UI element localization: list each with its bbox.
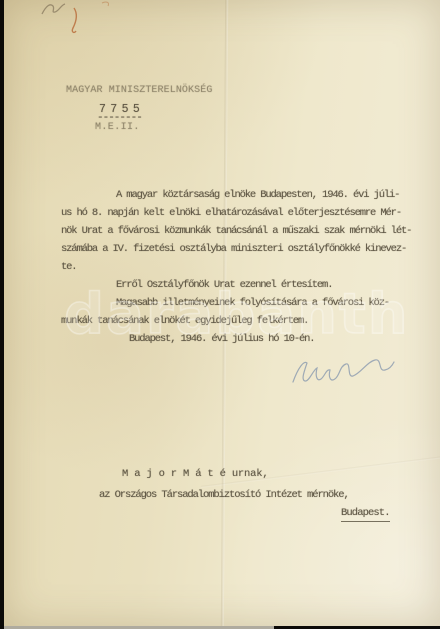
- addressee-name: M a j o r M á t é urnak,: [122, 468, 268, 480]
- rust-mark: [72, 8, 76, 32]
- document-photo: MAGYAR MINISZTERELNÖKSÉG 7755 -------- M…: [0, 0, 440, 629]
- rust-dot: [102, 2, 109, 6]
- letterhead: MAGYAR MINISZTERELNÖKSÉG 7755 -------- M…: [66, 85, 212, 96]
- pencil-mark: [42, 4, 65, 14]
- body-line: te.: [61, 258, 413, 276]
- letter-paper: MAGYAR MINISZTERELNÖKSÉG 7755 -------- M…: [4, 0, 440, 626]
- body-line: us hó 8. napján kelt elnöki elhatározásá…: [61, 204, 413, 222]
- file-reference: M.E.II.: [95, 122, 140, 133]
- body-line: számába a IV. fizetési osztályba miniszt…: [61, 240, 413, 258]
- body-line: nök Urat a fővárosi közmunkák tanácsánál…: [61, 222, 413, 240]
- office-name: MAGYAR MINISZTERELNÖKSÉG: [66, 85, 212, 96]
- body-line: Erről Osztályfőnök Urat ezennel értesíte…: [61, 276, 413, 294]
- signature-scrawl: [287, 352, 397, 392]
- date-line: Budapest, 1946. évi július hó 10-én.: [61, 330, 413, 348]
- handwritten-corner-marks: [24, 0, 144, 45]
- addressee-city: Budapest.: [341, 507, 390, 522]
- body-line: Magasabb illetményeinek folyósítására a …: [61, 294, 413, 312]
- letter-body: A magyar köztársaság elnöke Budapesten, …: [61, 186, 413, 348]
- body-line: A magyar köztársaság elnöke Budapesten, …: [61, 186, 413, 204]
- addressee-title: az Országos Társadalombiztosító Intézet …: [99, 489, 349, 501]
- body-line: munkák tanácsának elnökét egyidejűleg fe…: [61, 312, 413, 330]
